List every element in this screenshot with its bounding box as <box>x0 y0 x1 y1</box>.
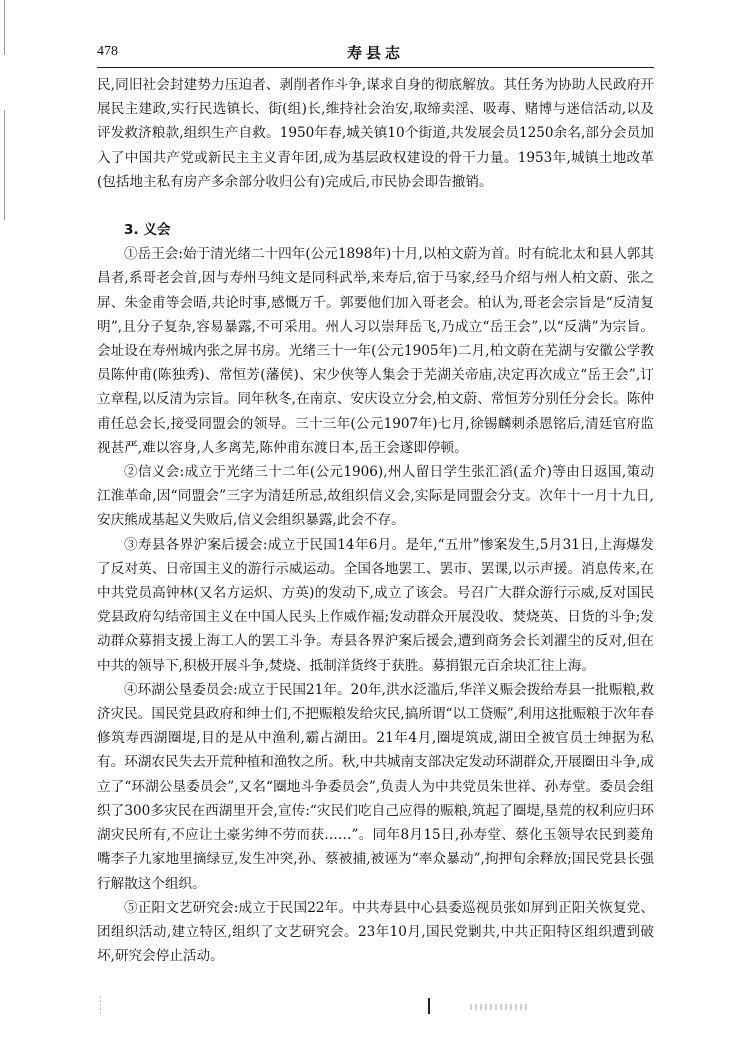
entry-yuewanghui: ①岳王会:始于清光绪二十四年(公元1898年)十月,以柏文蔚为首。时有皖北太和县… <box>97 242 654 460</box>
scan-artifact-bar <box>428 998 430 1014</box>
page-header: 478 寿县志 <box>97 40 654 68</box>
entry-xinyihui: ②信义会:成立于光绪三十二年(公元1906),州人留日学生张汇滔(孟介)等由日返… <box>97 460 654 533</box>
entry-huanhu-gongken: ④环湖公垦委员会:成立于民国21年。20年,洪水泛滥后,华洋义赈会拨给寿县一批赈… <box>97 678 654 896</box>
paragraph-continued: 民,同旧社会封建势力压迫者、剥削者作斗争,谋求自身的彻底解放。其任务为协助人民政… <box>97 73 654 194</box>
scan-artifact-left <box>100 996 101 1014</box>
entry-huanhouyuanhui: ③寿县各界沪案后援会:成立于民国14年6月。是年,“五卅”惨案发生,5月31日,… <box>97 533 654 678</box>
scan-artifact-dots <box>470 1004 530 1010</box>
scan-edge-upper <box>4 0 5 55</box>
section-heading-yihui: 3. 义会 <box>97 218 654 242</box>
page-body: 民,同旧社会封建势力压迫者、剥削者作斗争,谋求自身的彻底解放。其任务为协助人民政… <box>97 73 654 968</box>
scan-edge-lower <box>4 110 5 220</box>
entry-zhengyang-wenyi: ⑤正阳文艺研究会:成立于民国22年。中共寿县中心县委巡视员张如屏到正阳关恢复党、… <box>97 896 654 969</box>
book-title: 寿县志 <box>97 42 654 63</box>
